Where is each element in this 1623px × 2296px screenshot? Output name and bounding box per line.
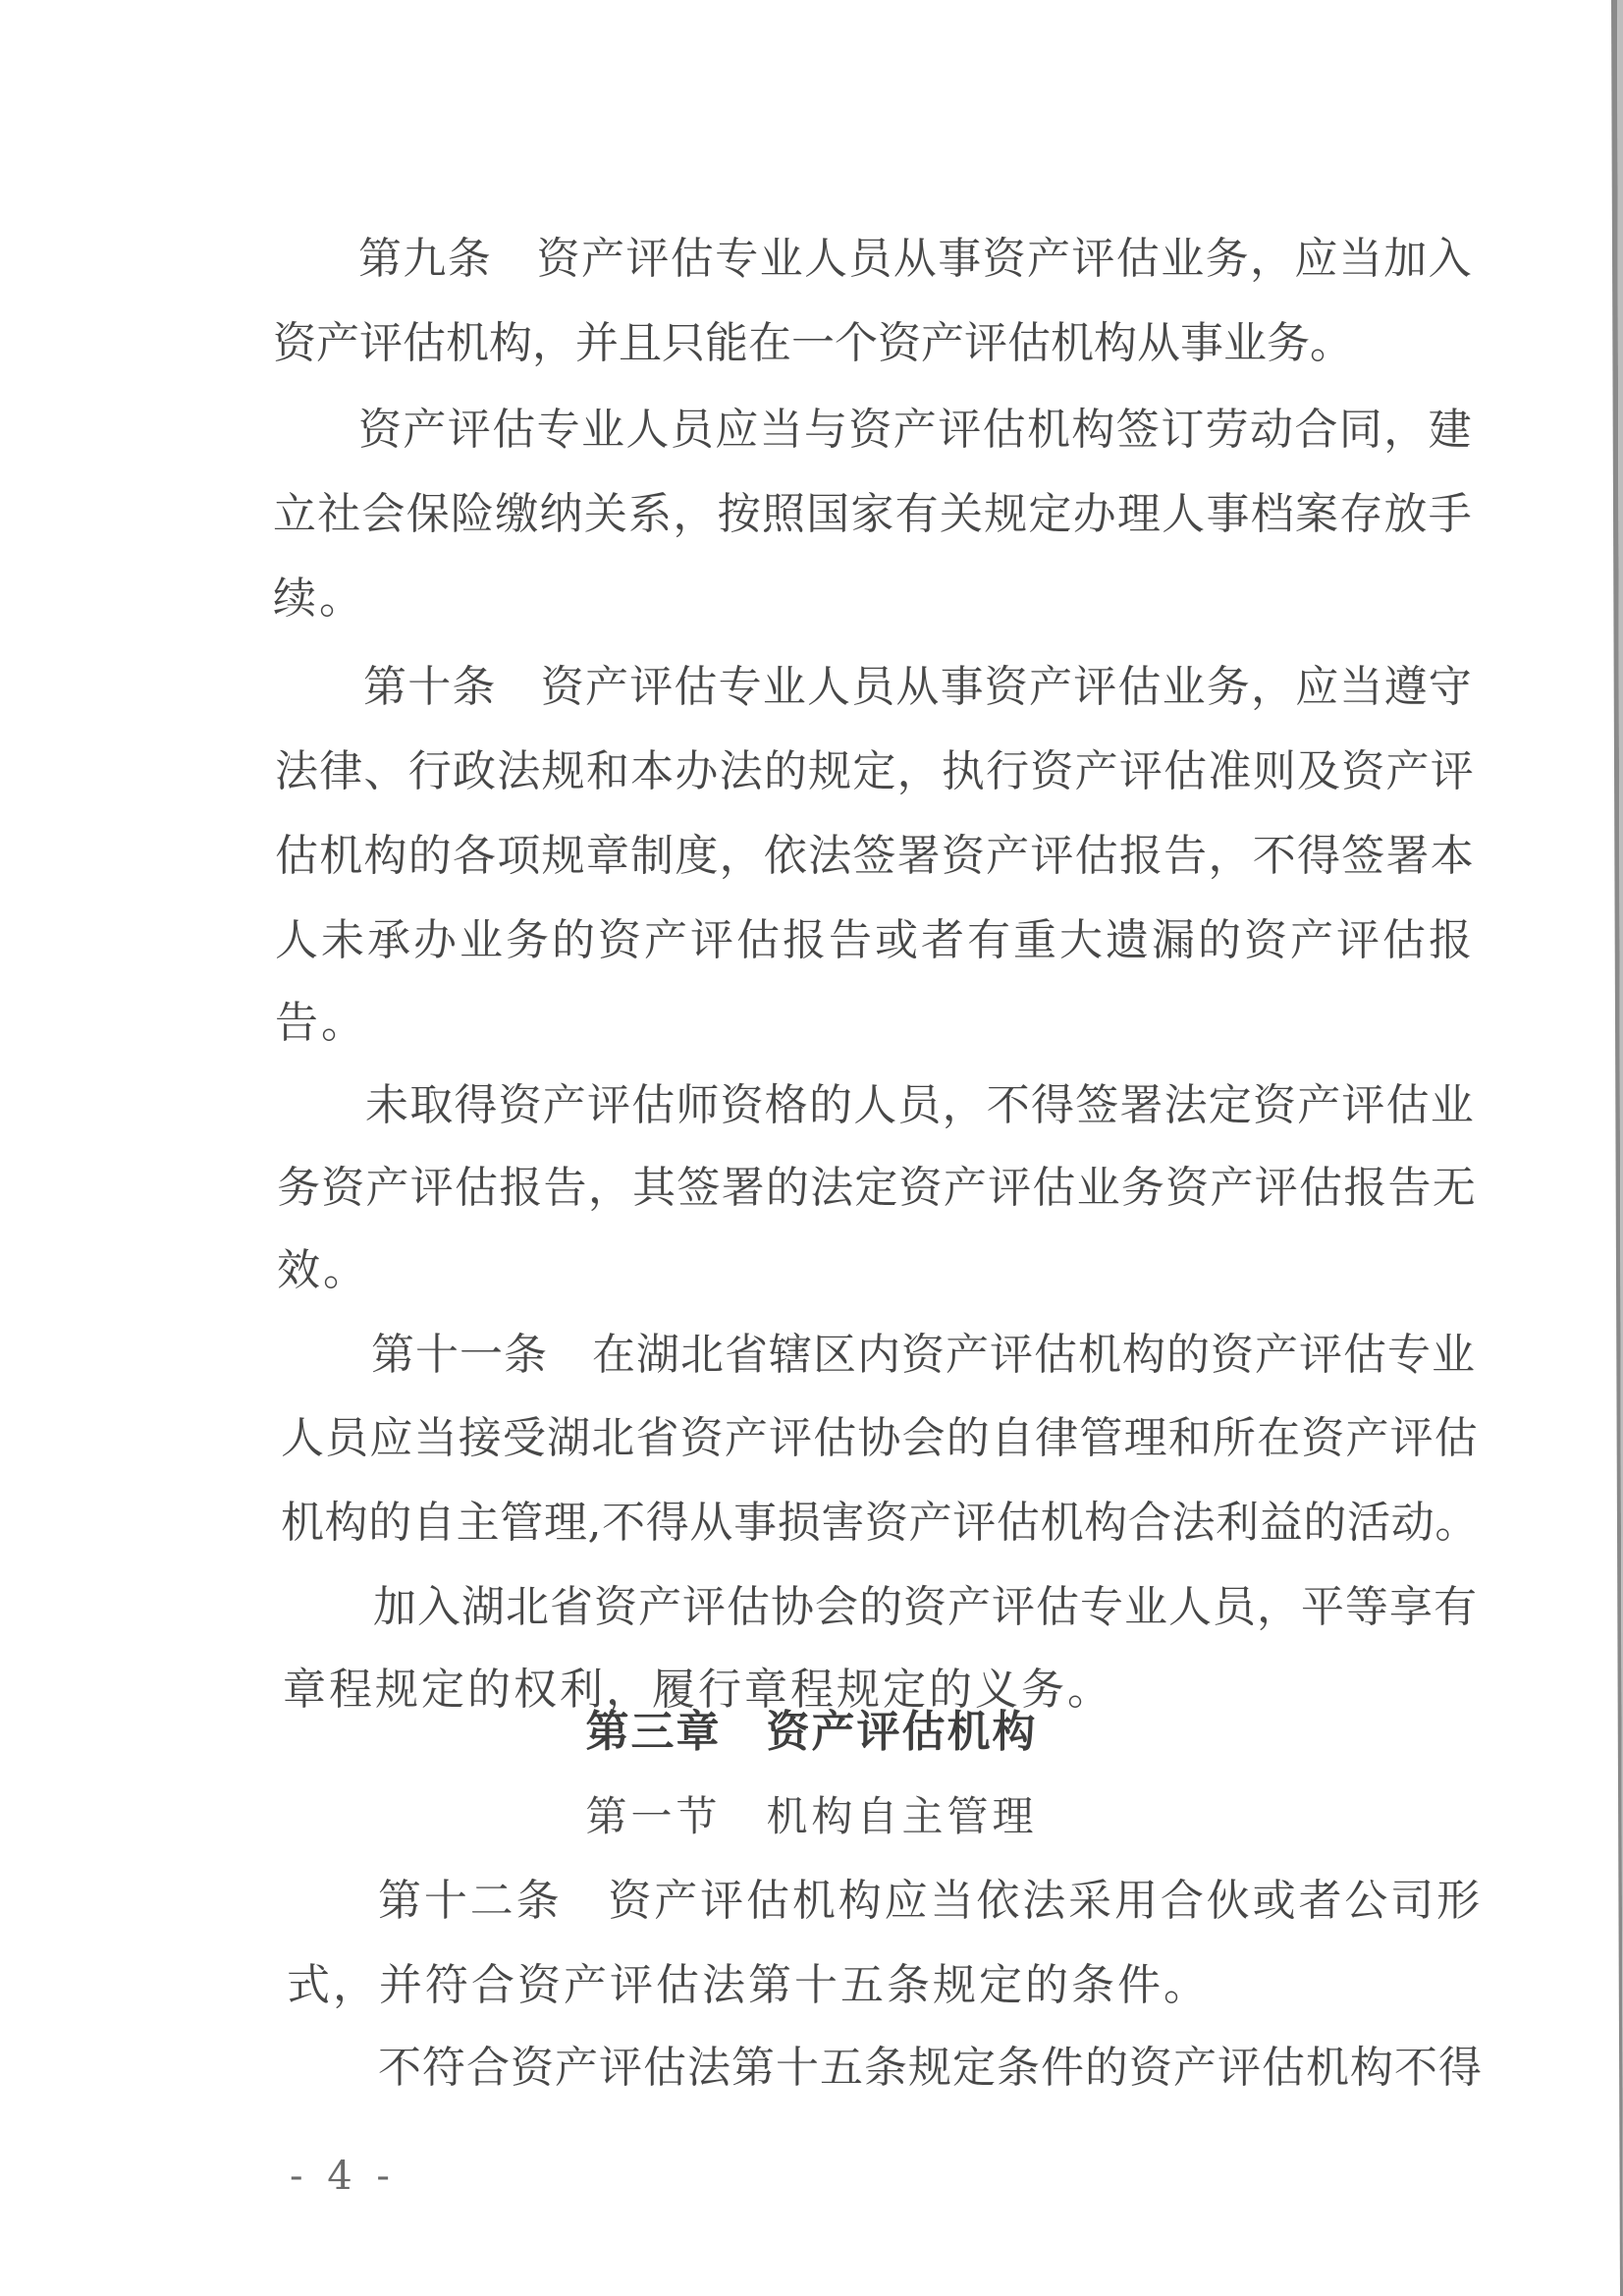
scan-edge-shadow <box>1609 0 1623 2296</box>
page-number: - 4 - <box>290 2157 396 2196</box>
paragraph-line: 人未承办业务的资产评估报告或者有重大遗漏的资产评估报 <box>275 917 1475 964</box>
paragraph-line: 式，并符合资产评估法第十五条规定的条件。 <box>287 1962 1210 2009</box>
paragraph-line: 未取得资产评估师资格的人员，不得签署法定资产评估业 <box>365 1082 1475 1129</box>
paragraph-line: 第九条 资产评估专业人员从事资产评估业务，应当加入 <box>358 236 1473 283</box>
chapter-heading: 第三章 资产评估机构 <box>0 1709 1623 1756</box>
paragraph-line: 务资产评估报告，其签署的法定资产评估业务资产评估报告无 <box>277 1165 1477 1212</box>
paragraph-line: 立社会保险缴纳关系，按照国家有关规定办理人事档案存放手 <box>273 491 1473 538</box>
paragraph-line: 法律、行政法规和本办法的规定，执行资产评估准则及资产评 <box>275 748 1475 795</box>
paragraph-line: 第十条 资产评估专业人员从事资产评估业务，应当遵守 <box>363 664 1473 711</box>
paragraph-line: 效。 <box>277 1247 369 1294</box>
paragraph-line: 加入湖北省资产评估协会的资产评估专业人员，平等享有 <box>373 1584 1478 1631</box>
paragraph-line: 机构的自主管理,不得从事损害资产评估机构合法利益的活动。 <box>281 1500 1479 1547</box>
paragraph-line: 第十二条 资产评估机构应当依法采用合伙或者公司形 <box>378 1878 1483 1925</box>
paragraph-line: 续。 <box>273 575 365 623</box>
paragraph-line: 估机构的各项规章制度，依法签署资产评估报告，不得签署本 <box>275 833 1475 880</box>
paragraph-line: 告。 <box>275 1000 367 1047</box>
paragraph-line: 第十一条 在湖北省辖区内资产评估机构的资产评估专业 <box>371 1332 1476 1379</box>
paragraph-line: 人员应当接受湖北省资产评估协会的自律管理和所在资产评估 <box>281 1415 1479 1462</box>
paragraph-line: 不符合资产评估法第十五条规定条件的资产评估机构不得 <box>378 2045 1483 2092</box>
paragraph-line: 资产评估专业人员应当与资产评估机构签订劳动合同，建 <box>358 407 1473 454</box>
section-heading: 第一节 机构自主管理 <box>0 1793 1623 1840</box>
paragraph-line: 资产评估机构，并且只能在一个资产评估机构从事业务。 <box>273 320 1353 367</box>
